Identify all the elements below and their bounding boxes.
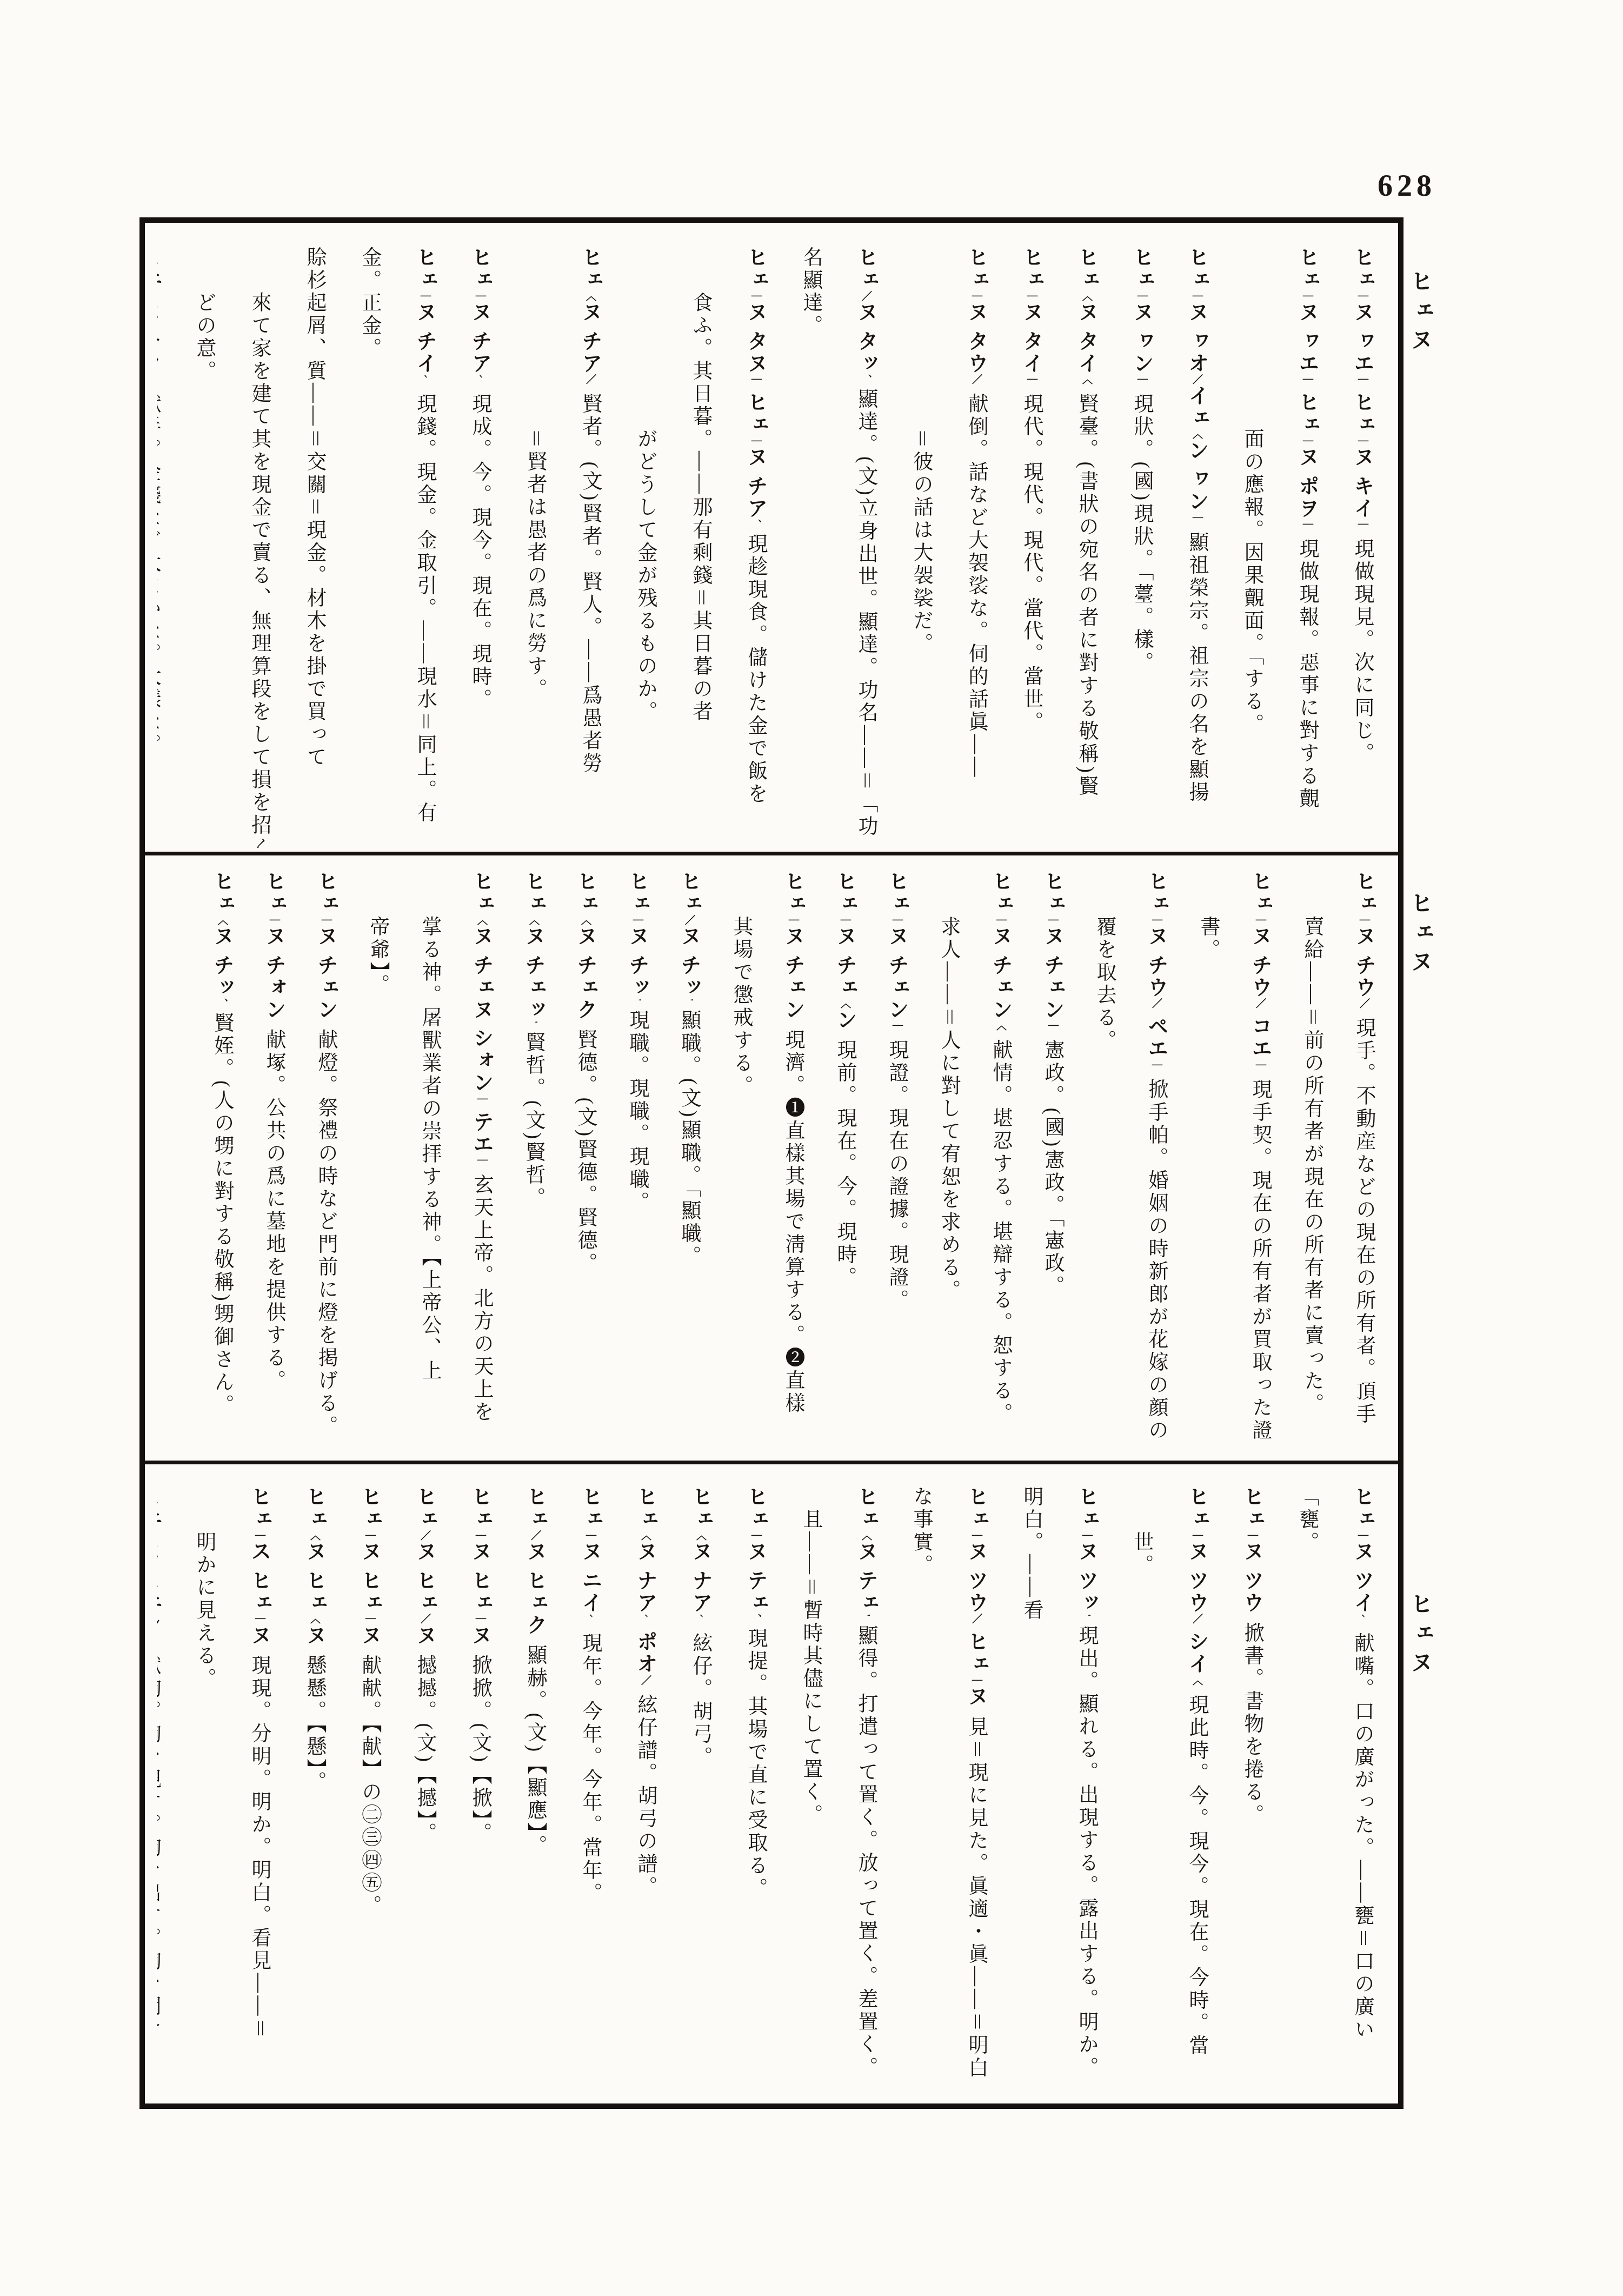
entry-column: 賒杉起屑、質――＝交關＝現金。材木を掛で買って: [287, 247, 342, 848]
tone-mark: 〈: [476, 915, 487, 925]
tone-mark: ｜: [1356, 291, 1368, 301]
tone-mark: ｜: [268, 915, 280, 925]
entry-headword: ヒェ｜ヌ テェ、: [744, 1486, 767, 1619]
entry-body: 現狀。(國)現狀。「薹。樣。: [1130, 394, 1153, 675]
tone-mark: ｜: [1150, 915, 1162, 925]
tone-mark: ／: [1191, 375, 1202, 385]
tone-mark: 〈: [1191, 429, 1202, 440]
tone-mark: ': [528, 1021, 539, 1024]
entry-body: 玄天上帝。北方の天上を: [470, 1174, 493, 1424]
entry-body: 献胸。胸を現す。胸を出す。胸を開け: [157, 1655, 160, 2041]
entry-body: 現職。現職。現職。: [626, 1010, 648, 1215]
entry-body: 現手。不動産などの現在の所有者。頂手: [1353, 1018, 1375, 1426]
entry-headword: ヒェ｜ヌ チウ／ ペエ｜: [1145, 871, 1167, 1070]
tone-mark: ｜: [1047, 1021, 1058, 1031]
entry-body: 献燈。祭禮の時など門前に燈を掲げる。: [315, 1030, 337, 1438]
entry-body: 掀掀。(文)【掀】。: [469, 1655, 491, 1846]
tone-mark: ／: [970, 1614, 982, 1624]
tone-mark: ｜: [1301, 436, 1313, 446]
tone-mark: ｜: [1026, 291, 1037, 301]
tone-mark: 〈: [839, 999, 850, 1009]
entry-column: ヒェ｜ヌ ヮオ／イェ〈ン ヮン｜ 顯祖榮宗。祖宗の名を顯揚: [1169, 247, 1224, 848]
entry-body: 現此時。今。現今。現在。今時。當: [1186, 1694, 1208, 2058]
entry-body: 帝爺】。: [367, 916, 389, 997]
tone-mark: 〈: [995, 1021, 1006, 1031]
entry-column: ヒェ｜ヌ タヌ｜ ヒェ｜ヌ チア、 現趁現食。儲けた金で飯を: [728, 247, 783, 848]
entry-column: ヒェ〈ヌ テェ' 顯得。打遣って置く。放って置く。差置く。: [838, 1486, 893, 2091]
tone-mark: ／: [1191, 1614, 1202, 1624]
entry-column: ヒェ｜ヌ ツウ／ シイ〈 現此時。今。現今。現在。今時。當: [1169, 1486, 1224, 2091]
tone-mark: ／: [1150, 999, 1162, 1009]
entry-body: 來て家を建て其を現金で賣る、無理算段をして損を招くなどの意。: [193, 292, 270, 848]
entry-headword: ヒェ｜ヌ チウ／ コエ｜: [1248, 871, 1271, 1070]
tone-mark: 〈: [640, 1530, 651, 1541]
entry-body: 献情。堪忍する。堪辯する。恕する。: [989, 1040, 1012, 1426]
tone-mark: ｜: [1136, 291, 1147, 301]
entry-body: 面の應報。因果覿面。「する。: [1241, 428, 1263, 736]
entry-body: 顯赫。(文)【顯應】。: [524, 1645, 546, 1858]
tone-mark: ｜: [320, 915, 331, 925]
tone-mark: ｜: [419, 291, 430, 301]
entry-body: 献塚。公共の爲に墓地を提供する。: [263, 1030, 285, 1393]
entry-column: ヒェ｜ヌ ツウ／ ヒェ｜ヌ 見＝現に見た。眞適・眞――＝明白な事實。: [893, 1486, 1003, 2091]
entry-body: 献倒。話など大袈裟な。伺的話眞――: [965, 394, 987, 780]
entry-headword: ヒェ｜ヌ ヒェ｜ヌ: [358, 1486, 381, 1647]
entry-column: ヒェ｜ヌ チア｀ 現成。今。現今。現在。現時。: [452, 247, 507, 848]
page-number: 628: [1378, 169, 1436, 203]
entry-body: 懸懸。【懸】。: [303, 1655, 325, 1794]
tone-mark: ｜: [364, 1530, 375, 1541]
entry-headword: ヒェ｜ヌ ヮオ／イェ〈ン ヮン｜: [1185, 247, 1208, 523]
entry-body: 現證。現在の證據。現證。: [886, 1040, 908, 1312]
entry-column: ヒェ〈ヌ チェッ' 賢哲。(文)賢哲。: [507, 871, 559, 1457]
entry-headword: ヒェ｜ヌ ヒェ｜ヌ: [468, 1486, 491, 1647]
entry-headword: ヒェ｜ヌ ツイ｀: [1351, 1486, 1373, 1624]
tone-mark: 〈: [1081, 291, 1092, 301]
tone-mark: ｀: [695, 1614, 706, 1624]
tone-mark: ｀: [584, 1614, 596, 1624]
tone-mark: 〈: [584, 291, 596, 301]
tone-mark: ｜: [474, 1530, 485, 1541]
entry-body: 賢姪。(人の甥に對する敬稱)甥御さん。: [211, 1012, 233, 1417]
tone-mark: ｜: [476, 1094, 487, 1104]
entry-column: 且――＝暫時其儘にして置く。: [783, 1486, 838, 2091]
tone-mark: ｜: [1301, 520, 1313, 530]
band-separator: [145, 1461, 1398, 1464]
tone-mark: ｜: [1301, 291, 1313, 301]
tone-mark: ｜: [474, 291, 485, 301]
band-2: ヒェ｜ヌ チウ／ 現手。不動産などの現在の所有者。頂手賣給――＝前の所有者が現在…: [157, 871, 1389, 1457]
entry-headword: ヒェ〈ヌ ヒェ〈ヌ: [303, 1486, 325, 1647]
tone-mark: ／: [970, 375, 982, 385]
margin-header-label: ヒェヌ: [1407, 891, 1436, 979]
entry-column: ヒェ｜ヌ ツッ' 現出。顯れる。出現する。露出する。明か。明白。――看: [1003, 1486, 1114, 2091]
tone-mark: 〈: [1081, 375, 1092, 385]
entry-headword: ヒェ〈ヌ ナア｀: [689, 1486, 711, 1624]
tone-mark: ｜: [750, 1530, 761, 1541]
tone-mark: 〈: [309, 1530, 320, 1541]
tone-mark: ｀: [1356, 1614, 1368, 1624]
entry-body: 賢哲。(文)賢哲。: [522, 1032, 544, 1210]
entry-body: 書。: [1197, 916, 1219, 961]
tone-mark: 、: [216, 999, 228, 1004]
entry-body: 現代。現代。現代。當代。當世。: [1020, 394, 1042, 734]
entry-column: ヒェ｜ヌ ヒェ｜ヌ 献献。【献】の㊁㊂㊃㊄。: [342, 1486, 397, 2091]
entry-headword: ヒェ｜ヌ ヮエ｜ ヒェ｜ヌ キイ｜: [1351, 247, 1373, 530]
entry-headword: ヒェ｜ヌ チウ／: [157, 247, 160, 385]
tone-mark: ／: [419, 1530, 430, 1541]
tone-mark: 、: [750, 520, 761, 525]
tone-mark: ／: [640, 1675, 651, 1685]
tone-mark: ｜: [1136, 375, 1147, 385]
entry-column: ヒェ｜ヌ ツイ｀ 献嘴。口の廣がった。――甕＝口の廣い「甕。: [1279, 1486, 1389, 2091]
tone-mark: ｜: [1356, 520, 1368, 530]
entry-body: 賢者。(文)賢者。賢人。――爲愚者勞: [579, 394, 601, 776]
entry-headword: ヒェ｜ヌ チェン｜: [885, 871, 908, 1031]
entry-headword: ヒェ｜ヌ ヒェン｜: [157, 1486, 160, 1647]
tone-mark: ｜: [1301, 375, 1313, 385]
entry-headword: ヒェ｜ヌ タイ｜: [1020, 247, 1042, 385]
entry-column: ヒェ〈ヌ ナア｀ 絃仔。胡弓。: [673, 1486, 728, 2091]
tone-mark: ｜: [584, 1530, 596, 1541]
tone-mark: 〈: [695, 1530, 706, 1541]
entry-body: 現年。今年。今年。當年。: [579, 1633, 601, 1906]
entry-headword: ヒェ｜ヌ チイ｀: [413, 247, 436, 385]
entry-body: 現做現報。惡事に對する覿: [1296, 539, 1318, 811]
tone-mark: ': [1081, 1614, 1092, 1617]
band-3: ヒェ｜ヌ ツイ｀ 献嘴。口の廣がった。――甕＝口の廣い「甕。ヒェ｜ヌ ツウ 掀書…: [157, 1486, 1389, 2091]
entry-body: がどうして金が残るものか。: [634, 428, 656, 724]
tone-mark: ／: [419, 1614, 430, 1624]
tone-mark: ｜: [1150, 1060, 1162, 1070]
entry-body: 献手。金錢など大まかな。大樣な。: [157, 394, 160, 757]
entry-column: 書。: [1182, 871, 1234, 1457]
entry-headword: ヒェ｜ヌ タウ／: [965, 247, 987, 385]
entry-headword: ヒェ｜ス ヒェ｜ヌ: [248, 1486, 270, 1647]
entry-column: ヒェ｜ヌ チェ〈ン 現前。現在。今。現時。: [819, 871, 870, 1457]
entry-column: ヒェ｜ヌ ヮエ｜ ヒェ｜ヌ ポヲ｜ 現做現報。惡事に對する覿: [1279, 247, 1334, 848]
tone-mark: ／: [584, 375, 596, 385]
tone-mark: ｜: [1356, 375, 1368, 385]
entry-column: ヒェ｜ヌ ヒェン｜ 献胸。胸を現す。胸を出す。胸を開け: [157, 1486, 176, 2091]
entry-column: ヒェ｜ヌ チウ／ コエ｜ 現手契。現在の所有者が買取った證: [1234, 871, 1286, 1457]
entry-column: ヒェ〈ヌ チア／ 賢者。(文)賢者。賢人。――爲愚者勞: [562, 247, 617, 848]
entry-headword: ヒェ｜ヌ チェン: [781, 871, 804, 1021]
dictionary-content-box: ヒェ｜ヌ ヮエ｜ ヒェ｜ヌ キイ｜ 現做現見。次に同じ。ヒェ｜ヌ ヮエ｜ ヒェ｜…: [139, 217, 1404, 2109]
tone-mark: ': [683, 999, 695, 1001]
entry-body: 現成。今。現今。現在。現時。: [469, 394, 491, 712]
tone-mark: ｀: [640, 1614, 651, 1624]
tone-mark: ｜: [631, 915, 643, 925]
entry-body: 覆を取去る。: [1093, 916, 1115, 1052]
entry-column: ヒェ｜ヌ ニイ｀ 現年。今年。今年。當年。: [562, 1486, 617, 2091]
entry-column: 明かに見える。: [176, 1486, 231, 2091]
tone-mark: ｜: [254, 1614, 265, 1624]
tone-mark: ｜: [1358, 915, 1369, 925]
tone-mark: 、: [750, 1614, 761, 1620]
entry-column: ヒェ｜ヌ タウ／ 献倒。話など大袈裟な。伺的話眞――: [948, 247, 1003, 848]
entry-column: ヒェ｜ヌ チウ／ 現手。不動産などの現在の所有者。頂手: [1338, 871, 1389, 1457]
tone-mark: ｜: [839, 915, 850, 925]
tone-mark: ／: [860, 291, 872, 301]
entry-body: 世。: [1130, 1531, 1153, 1577]
tone-mark: ｜: [970, 1530, 982, 1541]
entry-body: 掀書。書物を捲る。: [1241, 1623, 1263, 1827]
entry-body: 賢德。(文)賢德。賢德。: [574, 1030, 596, 1276]
tone-mark: ｜: [1047, 915, 1058, 925]
entry-headword: ヒェ｜ヌ タヌ｜ ヒェ｜ヌ チア、: [744, 247, 767, 525]
entry-column: 食ふ。其日暮。――那有剩錢＝其日暮の者: [673, 247, 728, 848]
entry-body: 現做現見。次に同じ。: [1351, 539, 1373, 766]
entry-column: 帝爺】。: [351, 871, 403, 1457]
entry-body: ＝彼の話は大袈裟だ。: [910, 428, 932, 655]
tone-mark: 、: [860, 375, 872, 380]
entry-body: 現濟。❶直樣其場で淸算する。❷直樣: [782, 1030, 804, 1416]
entry-column: ヒェ／ヌ ヒェ／ヌ 撼撼。(文)【撼】。: [397, 1486, 452, 2091]
entry-column: ヒェ｜ヌ テェ、 現提。其場で直に受取る。: [728, 1486, 783, 2091]
entry-headword: ヒェ｜ヌ チェン｜: [1041, 871, 1063, 1031]
entry-column: ヒェ〈ヌ ナア｀ ポオ／ 絃仔譜。胡弓の譜。: [617, 1486, 673, 2091]
entry-headword: ヒェ｜ヌ チェン〈: [989, 871, 1012, 1031]
entry-body: 其場で懲戒する。: [730, 916, 752, 1098]
entry-body: 賒杉起屑、質――＝交關＝現金。材木を掛で買って: [303, 247, 325, 769]
entry-headword: ヒェ｜ヌ チォン: [262, 871, 285, 1021]
entry-headword: ヒェ／ヌ チッ': [677, 871, 700, 1001]
tone-mark: ': [631, 999, 643, 1001]
entry-body: 掌る神。屠獸業者の崇拝する神。【上帝公、上: [418, 916, 441, 1383]
tone-mark: ／: [529, 1530, 541, 1541]
entry-body: 明かに見える。: [193, 1531, 215, 1690]
entry-body: 現手契。現在の所有者が買取った證: [1249, 1079, 1271, 1442]
tone-mark: 〈: [580, 915, 591, 925]
tone-mark: ｜: [750, 436, 761, 446]
entry-column: ヒェ｜ヌ ヒェ｜ヌ 掀掀。(文)【掀】。: [452, 1486, 507, 2091]
tone-mark: 〈: [1191, 1675, 1202, 1685]
entry-column: ヒェ〈ヌ ヒェ〈ヌ 懸懸。【懸】。: [287, 1486, 342, 2091]
tone-mark: ｀: [474, 375, 485, 385]
entry-column: ヒェ｜ヌ タイ｜ 現代。現代。現代。當代。當世。: [1003, 247, 1059, 848]
entry-body: 絃仔。胡弓。: [689, 1633, 711, 1769]
entry-headword: ヒェ｜ヌ ツウ: [1240, 1486, 1263, 1614]
tone-mark: 〈: [309, 1614, 320, 1624]
entry-column: ヒェ｜ヌ チッ' 現職。現職。現職。: [611, 871, 663, 1457]
tone-mark: ｜: [254, 1530, 265, 1541]
entry-headword: ヒェ｜ヌ ツッ': [1075, 1486, 1097, 1617]
tone-mark: ｜: [474, 1614, 485, 1624]
tone-mark: ｜: [1246, 1530, 1258, 1541]
tone-mark: ｜: [1254, 1060, 1266, 1070]
tone-mark: ｜: [1254, 915, 1266, 925]
tone-mark: 〈: [860, 1530, 872, 1541]
entry-column: ヒェ〈ヌ チェク 賢德。(文)賢德。賢德。: [559, 871, 611, 1457]
entry-column: ＝賢者は愚者の爲に勞す。: [507, 247, 562, 848]
entry-column: ヒェ｜ヌ チェン〈 献情。堪忍する。堪辯する。恕する。: [974, 871, 1026, 1457]
entry-column: ヒェ｜ヌ チウ／ ペエ｜ 掀手帕。婚姻の時新郎が花嫁の顔の: [1130, 871, 1182, 1457]
entry-column: 覆を取去る。: [1078, 871, 1130, 1457]
entry-headword: ヒェ〈ヌ チェッ': [522, 871, 544, 1024]
entry-column: がどうして金が残るものか。: [617, 247, 673, 848]
tone-mark: 〈: [528, 915, 539, 925]
tone-mark: ｜: [1191, 291, 1202, 301]
entry-body: 現趁現食。儲けた金で飯を: [744, 533, 767, 806]
entry-column: ヒェ／ヌ チッ' 顯職。(文)顯職。「顯職。: [663, 871, 715, 1457]
entry-headword: ヒェ〈ヌ チッ、: [210, 871, 233, 1004]
entry-column: ヒェ｜ヌ チェン｜ 憲政。(國)憲政。「憲政。: [1026, 871, 1078, 1457]
entry-column: ヒェ｜ヌ ヮン｜ 現狀。(國)現狀。「薹。樣。: [1114, 247, 1169, 848]
tone-mark: ｜: [1356, 436, 1368, 446]
tone-mark: ｜: [1191, 1530, 1202, 1541]
entry-column: ＝彼の話は大袈裟だ。: [893, 247, 948, 848]
entry-column: ヒェ｜ヌ チェン｜ 現證。現在の證據。現證。: [870, 871, 922, 1457]
entry-body: 現現。分明。明か。明白。看見――＝: [248, 1655, 270, 2041]
entry-column: 面の應報。因果覿面。「する。: [1224, 247, 1279, 848]
tone-mark: ／: [1254, 999, 1266, 1009]
tone-mark: ｜: [750, 291, 761, 301]
entry-column: ヒェ〈ヌ チェヌ シォン｜ テエ｜ 玄天上帝。北方の天上を: [455, 871, 507, 1457]
entry-headword: ヒェ／ヌ ヒェ／ヌ: [413, 1486, 436, 1647]
tone-mark: ／: [683, 915, 695, 925]
entry-column: ヒェ｜ヌ ヮエ｜ ヒェ｜ヌ キイ｜ 現做現見。次に同じ。: [1334, 247, 1389, 848]
entry-body: 献献。【献】の㊁㊂㊃㊄。: [358, 1655, 381, 1918]
tone-mark: ／: [1358, 999, 1369, 1009]
entry-column: ヒェ／ヌ ヒェク 顯赫。(文)【顯應】。: [507, 1486, 562, 2091]
entry-headword: ヒェ〈ヌ チェク: [574, 871, 596, 1021]
entry-headword: ヒェ｜ヌ ヮエ｜ ヒェ｜ヌ ポヲ｜: [1295, 247, 1318, 530]
tone-mark: ｜: [1191, 513, 1202, 523]
entry-headword: ヒェ〈ヌ タイ〈: [1075, 247, 1097, 385]
entry-body: 掀手帕。婚姻の時新郎が花嫁の顔の: [1145, 1079, 1167, 1442]
margin-header-label: ヒェヌ: [1407, 269, 1436, 357]
entry-body: 撼撼。(文)【撼】。: [414, 1655, 436, 1846]
tone-mark: ｜: [970, 291, 982, 301]
entry-headword: ヒェ｜ヌ チッ': [626, 871, 648, 1001]
entry-headword: ヒェ／ヌ タッ、: [854, 247, 877, 380]
entry-column: ヒェ〈ヌ チッ、 賢姪。(人の甥に對する敬稱)甥御さん。: [196, 871, 248, 1457]
entry-column: 來て家を建て其を現金で賣る、無理算段をして損を招くなどの意。: [176, 247, 287, 848]
entry-body: 絃仔譜。胡弓の譜。: [634, 1694, 656, 1899]
tone-mark: ｜: [476, 1156, 487, 1166]
entry-headword: ヒェ｜ヌ チェン: [314, 871, 337, 1021]
tone-mark: ｜: [750, 375, 761, 385]
entry-body: 憲政。(國)憲政。「憲政。: [1041, 1040, 1063, 1298]
entry-body: 且――＝暫時其儘にして置く。: [800, 1509, 822, 1827]
tone-mark: ｜: [891, 915, 902, 925]
tone-mark: ｜: [891, 1021, 902, 1031]
tone-mark: ｜: [970, 1675, 982, 1685]
entry-body: 賣給――＝前の所有者が現在の所有者に賣った。: [1301, 916, 1323, 1416]
entry-column: ヒェ／ヌ タッ、 顯達。(文)立身出世。顯達。功名――＝「功名顯達。: [783, 247, 893, 848]
entry-headword: ヒェ｜ヌ ニイ｀: [578, 1486, 601, 1624]
tone-mark: ｜: [1026, 375, 1037, 385]
entry-column: 賣給――＝前の所有者が現在の所有者に賣った。: [1286, 871, 1338, 1457]
entry-column: 其場で懲戒する。: [715, 871, 767, 1457]
tone-mark: ': [860, 1614, 872, 1617]
entry-body: 賢臺。(書狀の宛名の者に對する敬稱)賢: [1075, 394, 1097, 799]
entry-headword: ヒェ〈ヌ チア／: [578, 247, 601, 385]
entry-headword: ヒェ｜ヌ チア｀: [468, 247, 491, 385]
tone-mark: 〈: [216, 915, 228, 925]
tone-mark: ｜: [787, 915, 799, 925]
entry-body: ＝賢者は愚者の爲に勞す。: [524, 428, 546, 701]
tone-mark: ｜: [1356, 1530, 1368, 1541]
page: { "page": { "number": "628" }, "margin":…: [0, 0, 1623, 2296]
entry-headword: ヒェ〈ヌ テェ': [854, 1486, 877, 1617]
band-separator: [145, 852, 1398, 855]
entry-body: 食ふ。其日暮。――那有剩錢＝其日暮の者: [689, 292, 711, 724]
tone-mark: ｜: [364, 1614, 375, 1624]
entry-column: ヒェ｜ヌ チイ｀ 現錢。現金。金取引。――現水＝同上。有金。正金。: [342, 247, 452, 848]
tone-mark: ｀: [419, 375, 430, 385]
entry-column: ヒェ｜ヌ チォン 献塚。公共の爲に墓地を提供する。: [248, 871, 300, 1457]
entry-column: ヒェ｜ヌ チウ／ 献手。金錢など大まかな。大樣な。: [157, 247, 176, 848]
entry-column: 掌る神。屠獸業者の崇拝する神。【上帝公、上: [403, 871, 455, 1457]
entry-body: 顯職。(文)顯職。「顯職。: [678, 1010, 700, 1269]
entry-headword: ヒェ｜ヌ ヮン｜: [1130, 247, 1153, 385]
tone-mark: ｜: [995, 915, 1006, 925]
entry-headword: ヒェ｜ヌ チェ〈ン: [833, 871, 856, 1031]
margin-header-label: ヒェヌ: [1407, 1592, 1436, 1680]
tone-mark: ｜: [1081, 1530, 1092, 1541]
entry-headword: ヒェ｜ヌ ツウ／ ヒェ｜ヌ: [965, 1486, 987, 1708]
entry-headword: ヒェ｜ヌ チウ／: [1352, 871, 1375, 1009]
entry-headword: ヒェ〈ヌ チェヌ シォン｜ テエ｜: [470, 871, 493, 1166]
entry-body: 顯得。打遣って置く。放って置く。差置く。: [855, 1625, 877, 2080]
band-1: ヒェ｜ヌ ヮエ｜ ヒェ｜ヌ キイ｜ 現做現見。次に同じ。ヒェ｜ヌ ヮエ｜ ヒェ｜…: [157, 247, 1389, 848]
entry-column: ヒェ｜ヌ チェン 現濟。❶直樣其場で淸算する。❷直樣: [767, 871, 819, 1457]
entry-column: 求人――＝人に對して宥恕を求める。: [922, 871, 974, 1457]
entry-body: 現前。現在。今。現時。: [834, 1040, 856, 1290]
entry-column: ヒェ｜ス ヒェ｜ヌ 現現。分明。明か。明白。看見――＝: [231, 1486, 287, 2091]
entry-headword: ヒェ｜ヌ ツウ／ シイ〈: [1185, 1486, 1208, 1685]
entry-headword: ヒェ〈ヌ ナア｀ ポオ／: [634, 1486, 656, 1685]
entry-column: 世。: [1114, 1486, 1169, 2091]
entry-body: 顯祖榮宗。祖宗の名を顯揚: [1186, 532, 1208, 804]
entry-body: 求人――＝人に對して宥恕を求める。: [937, 916, 960, 1302]
entry-column: ヒェ｜ヌ チェン 献燈。祭禮の時など門前に燈を掲げる。: [300, 871, 351, 1457]
entry-column: ヒェ〈ヌ タイ〈 賢臺。(書狀の宛名の者に對する敬稱)賢: [1059, 247, 1114, 848]
entry-column: ヒェ｜ヌ ツウ 掀書。書物を捲る。: [1224, 1486, 1279, 2091]
entry-headword: ヒェ／ヌ ヒェク: [523, 1486, 546, 1636]
entry-body: 現提。其場で直に受取る。: [744, 1628, 767, 1900]
